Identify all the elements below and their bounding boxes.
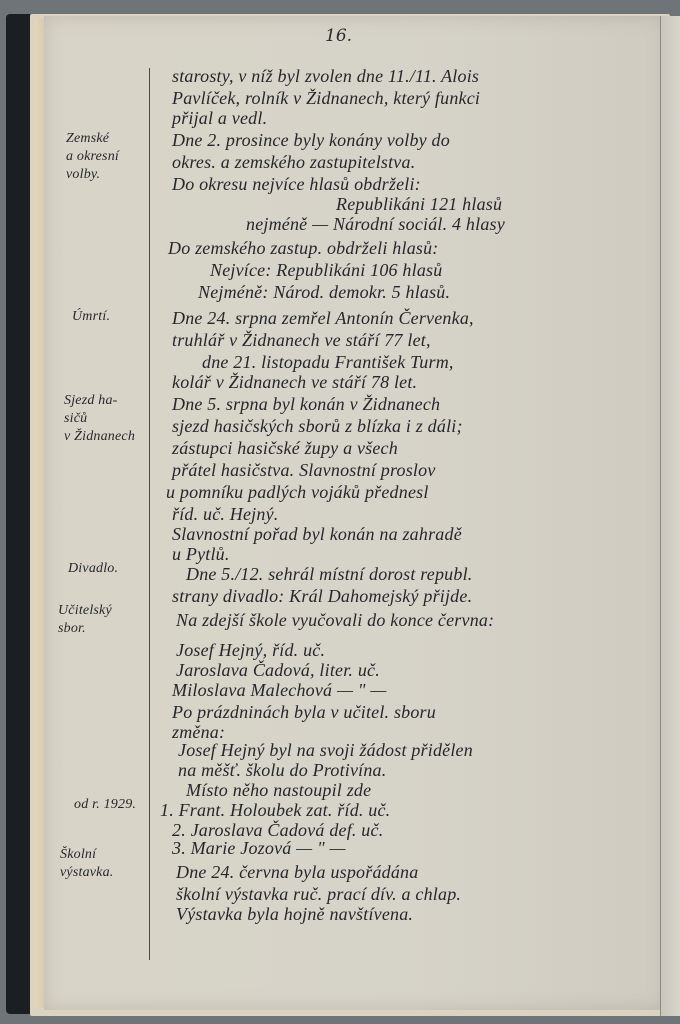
margin-note-line: sbor. <box>58 620 150 638</box>
margin-note-umrti: Úmrtí. <box>72 308 164 326</box>
margin-note-line: volby. <box>66 166 158 184</box>
text-line: Dne 24. srpna zemřel Antonín Červenka, <box>172 308 474 329</box>
text-line: Republikáni 121 hlasů <box>336 194 502 215</box>
margin-note-line: Sjezd ha- <box>64 392 156 410</box>
margin-rule <box>149 68 150 960</box>
text-line: školní výstavka ruč. prací dív. a chlap. <box>176 884 461 905</box>
margin-note-year: od r. 1929. <box>74 796 154 814</box>
margin-note-divadlo: Divadlo. <box>68 560 160 578</box>
text-line: Nejvíce: Republikáni 106 hlasů <box>210 260 442 281</box>
text-line: Do okresu nejvíce hlasů obdrželi: <box>172 174 421 195</box>
text-line: říd. uč. Hejný. <box>172 504 278 525</box>
text-line: Dne 5./12. sehrál místní dorost republ. <box>186 564 472 585</box>
margin-note-ucitelsky-sbor: Učitelský sbor. <box>58 602 150 638</box>
text-line: okres. a zemského zastupitelstva. <box>172 152 415 173</box>
text-line: strany divadlo: Král Dahomejský přijde. <box>172 586 472 607</box>
text-line: starosty, v níž byl zvolen dne 11./11. A… <box>172 66 479 87</box>
margin-note-line: Divadlo. <box>68 560 160 578</box>
margin-note-line: Učitelský <box>58 602 150 620</box>
margin-note-line: výstavka. <box>60 864 152 882</box>
text-line: u pomníku padlých vojáků přednesl <box>166 482 429 503</box>
margin-note-line: od r. 1929. <box>74 796 154 814</box>
margin-note-line: Zemské <box>66 130 158 148</box>
text-line: Miloslava Malechová — " — <box>172 680 387 701</box>
text-line: u Pytlů. <box>172 544 230 565</box>
margin-note-line: a okresní <box>66 148 158 166</box>
margin-note-line: v Židnanech <box>64 428 156 446</box>
margin-note-line: Úmrtí. <box>72 308 164 326</box>
text-line: Dne 24. června byla uspořádána <box>176 862 418 883</box>
text-line: Výstavka byla hojně navštívena. <box>176 904 413 925</box>
text-line: Dne 2. prosince byly konány volby do <box>172 130 450 151</box>
text-line: Josef Hejný byl na svoji žádost přidělen <box>178 740 473 761</box>
text-line: truhlář v Židnanech ve stáří 77 let, <box>172 330 431 351</box>
margin-note-line: Školní <box>60 846 152 864</box>
text-line: Do zemského zastup. obdrželi hlasů: <box>168 238 439 259</box>
text-line: kolář v Židnanech ve stáří 78 let. <box>172 372 417 393</box>
margin-note-zemske-volby: Zemské a okresní volby. <box>66 130 158 184</box>
margin-note-line: sičů <box>64 410 156 428</box>
text-line: 3. Marie Jozová — " — <box>172 838 346 859</box>
page-number: 16. <box>325 26 352 46</box>
text-line: na měšť. školu do Protivína. <box>178 760 386 781</box>
text-line: Nejméně: Národ. demokr. 5 hlasů. <box>198 282 450 303</box>
text-line: dne 21. listopadu František Turm, <box>202 352 454 373</box>
margin-note-skolni-vystavka: Školní výstavka. <box>60 846 152 882</box>
text-line: zástupci hasičské župy a všech <box>172 438 398 459</box>
text-line: nejméně — Národní sociál. 4 hlasy <box>246 214 505 235</box>
text-line: 1. Frant. Holoubek zat. říd. uč. <box>160 800 390 821</box>
text-line: Slavnostní pořad byl konán na zahradě <box>172 524 462 545</box>
text-line: Pavlíček, rolník v Židnanech, který funk… <box>172 88 480 109</box>
text-line: Na zdejší škole vyučovali do konce červn… <box>176 610 494 631</box>
text-line: sjezd hasičských sborů z blízka i z dáli… <box>172 416 463 437</box>
margin-note-sjezd-hasicu: Sjezd ha- sičů v Židnanech <box>64 392 156 446</box>
book-cover-spine <box>6 14 32 1014</box>
text-line: přátel hasičstva. Slavnostní proslov <box>172 460 436 481</box>
text-line: Místo něho nastoupil zde <box>186 780 371 801</box>
text-line: přijal a vedl. <box>172 108 267 129</box>
page-edge-right <box>660 16 680 1016</box>
text-line: Josef Hejný, říd. uč. <box>176 640 325 661</box>
text-line: Jaroslava Čadová, liter. uč. <box>176 660 380 681</box>
text-line: Po prázdninách byla v učitel. sboru <box>172 702 436 723</box>
text-line: Dne 5. srpna byl konán v Židnanech <box>172 394 440 415</box>
